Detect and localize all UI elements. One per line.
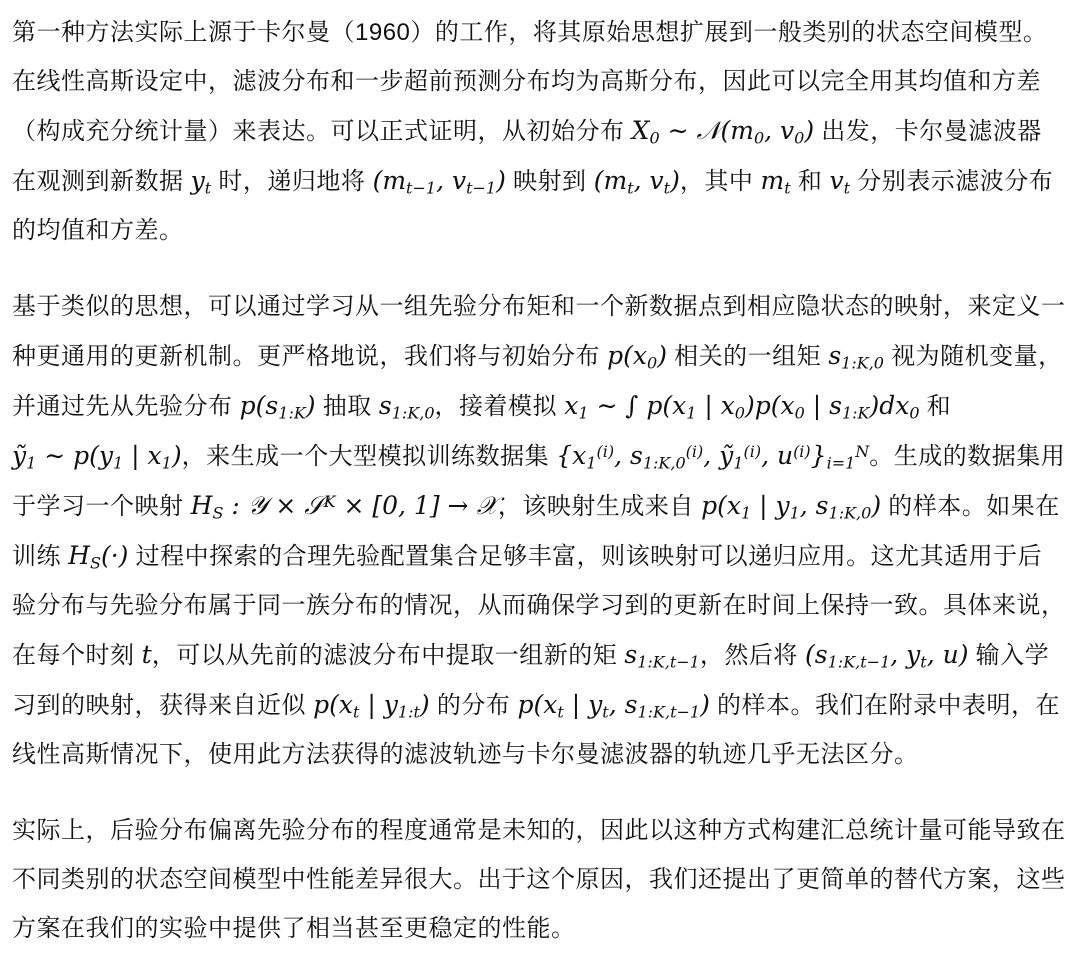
text-run: 实际上，后验分布偏离先验分布的程度通常是未知的，因此以这种方式构建汇总统计量可能… [12, 817, 1066, 942]
inline-math: s1:K,t−1 [624, 640, 699, 669]
inline-math: (mt, vt) [594, 166, 680, 195]
inline-math: p(s1:K) [240, 391, 316, 420]
inline-math: vt [830, 166, 851, 195]
text-run: ，其中 [680, 168, 761, 195]
text-run: ，该映射生成来自 [498, 493, 701, 520]
text-run: 抽取 [316, 393, 379, 420]
inline-math: s1:K,0 [828, 341, 884, 370]
text-run: 相关的一组矩 [667, 343, 828, 370]
paragraph-limitations: 实际上，后验分布偏离先验分布的程度通常是未知的，因此以这种方式构建汇总统计量可能… [12, 806, 1066, 953]
inline-math: yt [191, 166, 212, 195]
text-run: 和 [920, 393, 952, 420]
text-run: 映射到 [506, 168, 594, 195]
text-run: 和 [791, 168, 830, 195]
inline-math: (mt−1, vt−1) [373, 166, 506, 195]
article-text: 第一种方法实际上源于卡尔曼（1960）的工作，将其原始思想扩展到一般类别的状态空… [0, 0, 1080, 963]
paragraph-kalman-filter: 第一种方法实际上源于卡尔曼（1960）的工作，将其原始思想扩展到一般类别的状态空… [12, 8, 1066, 255]
text-run: ，可以从先前的滤波分布中提取一组新的矩 [152, 642, 625, 669]
text-run: ，然后将 [700, 642, 805, 669]
inline-math: {x1(i), s1:K,0(i), ỹ1(i), u(i)}i=1N [556, 441, 869, 470]
inline-math: t [142, 640, 152, 669]
inline-math: mt [761, 166, 791, 195]
inline-math: HS : 𝒴 × 𝒮K × [0, 1] → 𝒳 [191, 491, 498, 520]
text-run: ，接着模拟 [435, 393, 565, 420]
inline-math: X0 ∼ 𝒩(m0, v0) [632, 116, 814, 145]
inline-math: p(x1 | y1, s1:K,0) [701, 491, 881, 520]
inline-math: (s1:K,t−1, yt, u) [805, 640, 968, 669]
text-run: ，来生成一个大型模拟训练数据集 [182, 443, 557, 470]
paragraph-learned-update: 基于类似的思想，可以通过学习从一组先验分布矩和一个新数据点到相应隐状态的映射，来… [12, 282, 1066, 779]
inline-math: x1 ∼ ∫ p(x1 | x0)p(x0 | s1:K)dx0 [564, 391, 919, 420]
inline-math: HS(·) [68, 541, 128, 570]
inline-math: ỹ1 ∼ p(y1 | x1) [12, 441, 182, 470]
inline-math: p(x0) [607, 341, 667, 370]
inline-math: s1:K,0 [379, 391, 435, 420]
text-run: 的分布 [430, 692, 518, 719]
inline-math: p(xt | yt, s1:K,t−1) [518, 690, 710, 719]
inline-math: p(xt | y1:t) [313, 690, 430, 719]
text-run: 时，递归地将 [211, 168, 372, 195]
